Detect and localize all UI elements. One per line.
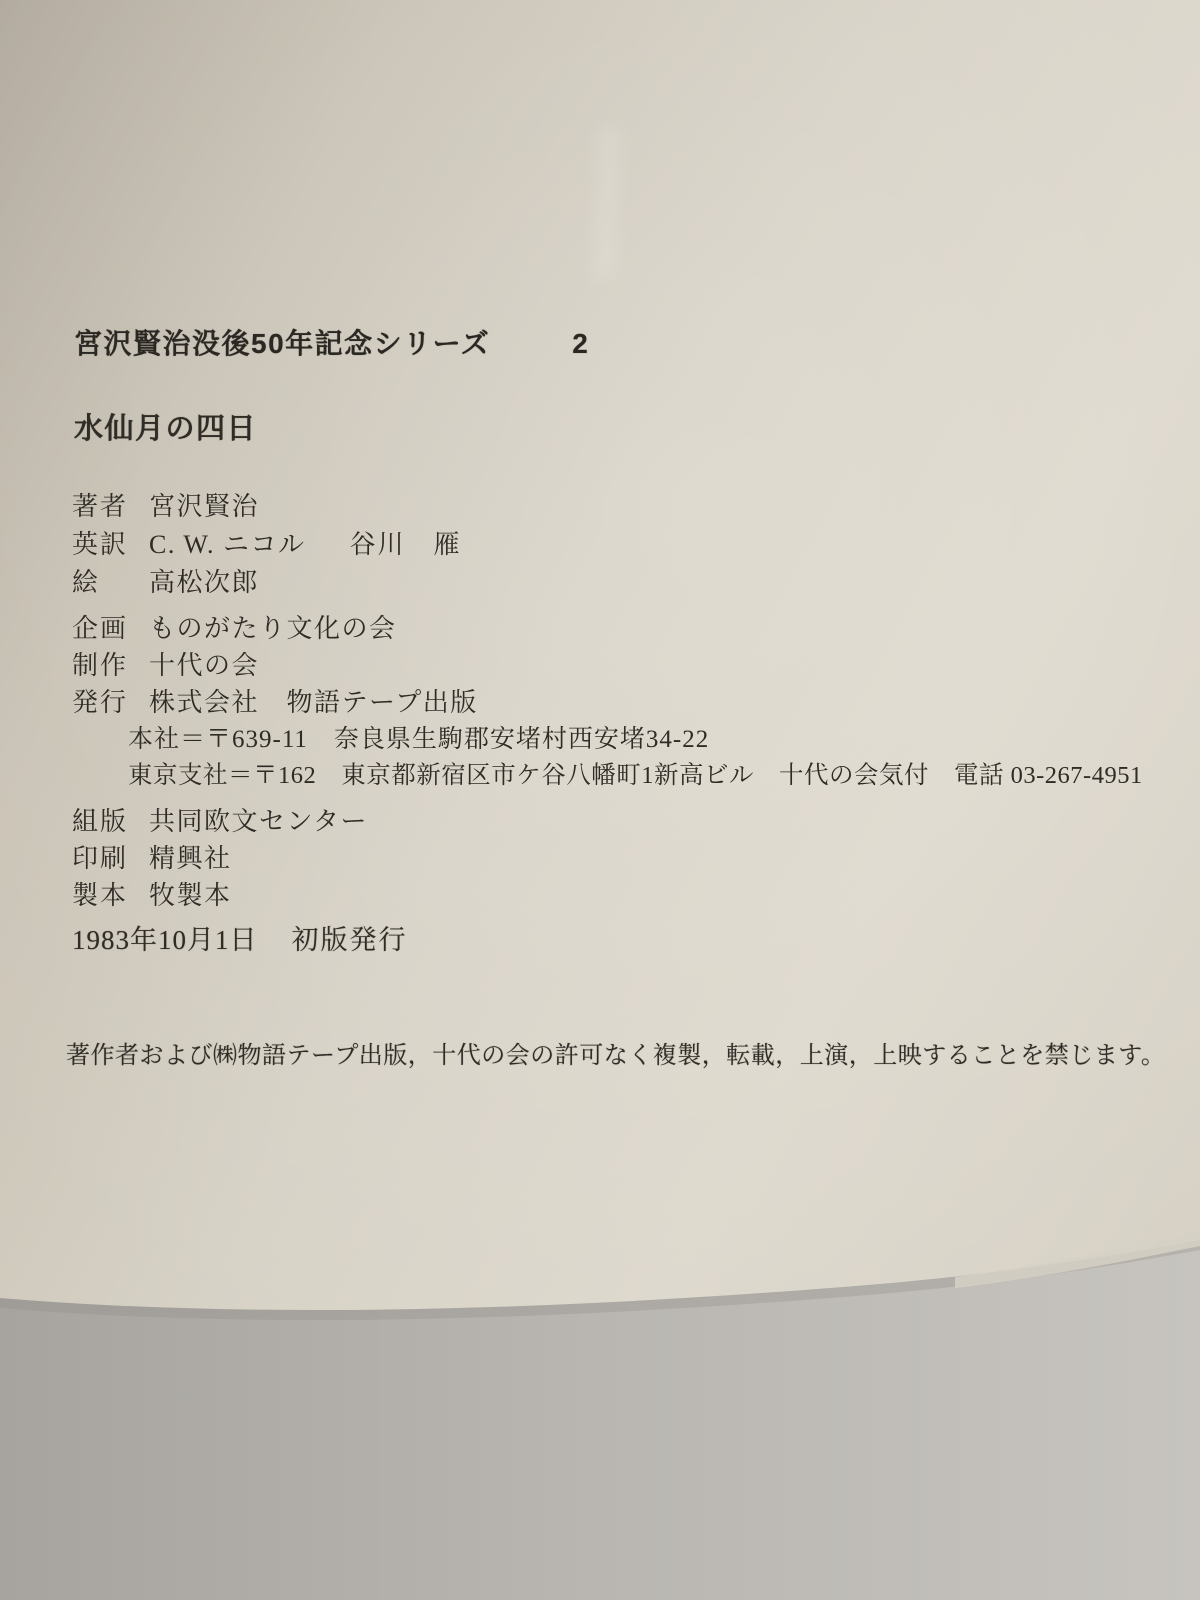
colophon-page-photo: { "page": { "series_title": "宮沢賢治没後50年記念… xyxy=(0,0,1200,1600)
page-bottom-edge xyxy=(0,1170,1200,1600)
publication-label: 制作 xyxy=(72,645,149,682)
credit-row-author: 著者 宮沢賢治 xyxy=(72,486,462,524)
printing-label: 印刷 xyxy=(72,838,149,875)
publication-row-production: 制作 十代の会 xyxy=(72,645,1143,682)
copyright-notice: 著作者および㈱物語テープ出版，十代の会の許可なく複製，転載，上演，上映することを… xyxy=(66,1035,1165,1070)
series-number: 2 xyxy=(572,328,589,359)
credit-value: 高松次郎 xyxy=(149,562,259,599)
under-surface xyxy=(0,1240,1200,1600)
publication-row-tokyo-branch: 東京支社＝〒162 東京都新宿区市ケ谷八幡町1新高ビル 十代の会気付 電話 03… xyxy=(72,756,1143,793)
credit-value: 宮沢賢治 xyxy=(149,486,259,523)
printing-row-typesetting: 組版 共同欧文センター xyxy=(72,801,368,838)
publication-row-publisher: 発行 株式会社 物語テープ出版 xyxy=(72,682,1143,719)
credit-row-translator: 英訳 C. W. ニコル 谷川 雁 xyxy=(72,524,462,562)
translator-secondary: 谷川 雁 xyxy=(350,524,462,561)
publication-label: 企画 xyxy=(72,608,149,645)
credit-label: 著者 xyxy=(72,486,149,523)
printing-value: 共同欧文センター xyxy=(149,801,368,838)
printing-label: 組版 xyxy=(72,801,149,838)
credits-block: 著者 宮沢賢治 英訳 C. W. ニコル 谷川 雁 絵 高松次郎 xyxy=(72,486,462,600)
series-title: 宮沢賢治没後50年記念シリーズ xyxy=(74,328,490,359)
credit-value: C. W. ニコル xyxy=(149,524,306,561)
book-title: 水仙月の四日 xyxy=(74,406,257,447)
publication-row-planning: 企画 ものがたり文化の会 xyxy=(72,608,1143,645)
printing-row-bindery: 製本 牧製本 xyxy=(72,875,368,912)
edition-date: 1983年10月1日 xyxy=(72,925,258,955)
printing-value: 精興社 xyxy=(149,838,232,875)
publication-block: 企画 ものがたり文化の会 制作 十代の会 発行 株式会社 物語テープ出版 本社＝… xyxy=(72,608,1143,793)
printing-row-printer: 印刷 精興社 xyxy=(72,838,368,875)
publication-label: 発行 xyxy=(72,682,149,719)
publication-value: ものがたり文化の会 xyxy=(149,608,397,645)
head-office-address: 本社＝〒639-11 奈良県生駒郡安堵村西安堵34-22 xyxy=(128,719,709,755)
publication-value: 十代の会 xyxy=(149,645,259,682)
printing-label: 製本 xyxy=(72,875,149,912)
printing-block: 組版 共同欧文センター 印刷 精興社 製本 牧製本 xyxy=(72,801,368,912)
publication-row-head-office: 本社＝〒639-11 奈良県生駒郡安堵村西安堵34-22 xyxy=(72,719,1143,756)
edition-label: 初版発行 xyxy=(292,925,408,955)
edition-line: 1983年10月1日初版発行 xyxy=(72,918,408,957)
tokyo-branch-address: 東京支社＝〒162 東京都新宿区市ケ谷八幡町1新高ビル 十代の会気付 電話 03… xyxy=(128,756,1143,791)
credit-row-illustrator: 絵 高松次郎 xyxy=(72,562,462,600)
publication-value: 株式会社 物語テープ出版 xyxy=(149,682,478,719)
series-line: 宮沢賢治没後50年記念シリーズ2 xyxy=(74,322,589,362)
credit-label: 英訳 xyxy=(72,524,149,561)
credit-label: 絵 xyxy=(72,562,149,599)
printing-value: 牧製本 xyxy=(149,875,232,912)
